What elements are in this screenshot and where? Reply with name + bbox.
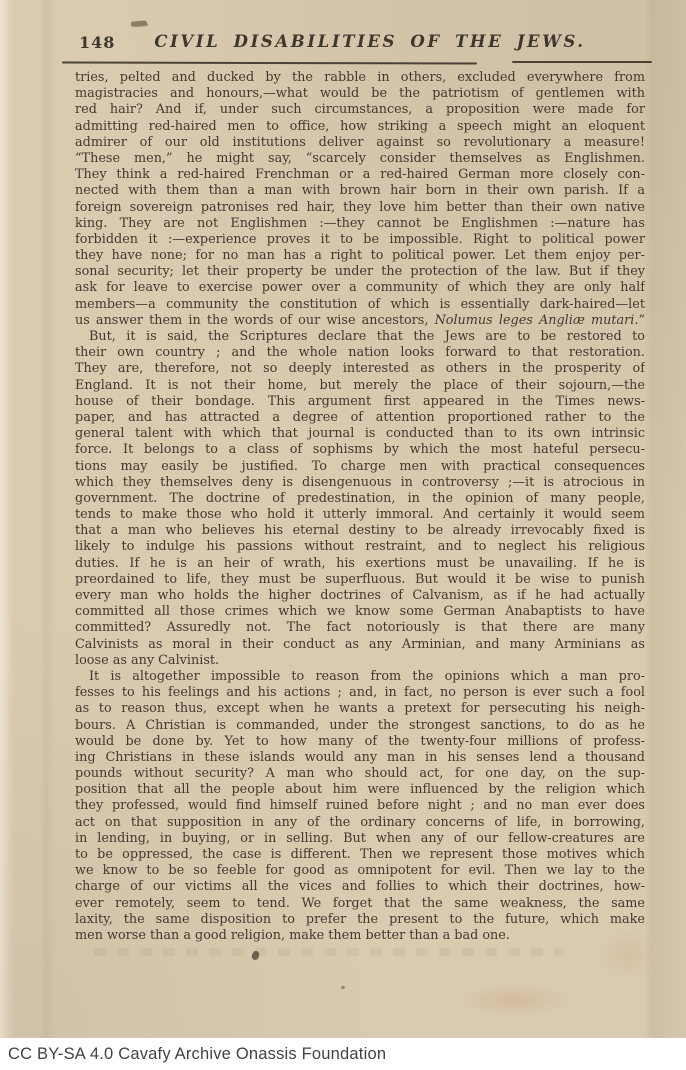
text-line: members—a community the constitution of … [75,297,645,313]
text-line: government. The doctrine of predestinati… [75,491,645,507]
text-line: forbidden it :—experience proves it to b… [75,232,645,248]
text-line: Calvinists as moral in their conduct as … [75,637,645,653]
text-line: paper, and has attracted a degree of att… [75,410,645,426]
text-line: loose as any Calvinist. [75,653,645,669]
text-line: us answer them in the words of our wise … [75,313,645,329]
text-line: fesses to his feelings and his actions ;… [75,685,645,701]
ink-spot [251,950,260,960]
text-line: tions may easily be justified. To charge… [75,459,645,475]
text-line: admirer of our old institutions deliver … [75,135,645,151]
ink-dot [341,986,345,989]
text-line: duties. If he is an heir of wrath, his e… [75,556,645,572]
text-line: red hair? And if, under such circumstanc… [75,102,645,118]
text-line: laxity, the same disposition to prefer t… [75,912,645,928]
text-line: they have none; for no man has a right t… [75,248,645,264]
text-line: men worse than a good religion, make the… [75,928,645,944]
text-line: likely to indulge his passions without r… [75,539,645,555]
text-line: as to reason thus, except when he wants … [75,701,645,717]
text-line: ing Christians in these islands would an… [75,750,645,766]
text-line: sonal security; let their property be un… [75,264,645,280]
text-line: king. They are not Englishmen :—they can… [75,216,645,232]
text-line: They are, therefore, not so deeply inter… [75,361,645,377]
text-line: They think a red-haired Frenchman or a r… [75,167,645,183]
text-line: their own country ; and the whole nation… [75,345,645,361]
text-line: we know to be so feeble for good as omni… [75,863,645,879]
text-line: England. It is not their home, but merel… [75,378,645,394]
text-line: ask for leave to exercise power over a c… [75,280,645,296]
text-line: committed all those crimes which we know… [75,604,645,620]
license-bar: CC BY-SA 4.0 Cavafy Archive Onassis Foun… [0,1038,686,1070]
text-line: every man who holds the higher doctrines… [75,588,645,604]
text-line: foreign sovereign patronises red hair, t… [75,200,645,216]
text-line: house of their bondage. This argument fi… [75,394,645,410]
text-line: charge of our victims all the vices and … [75,879,645,895]
text-line: that a man who believes his eternal dest… [75,523,645,539]
text-line: would be done by. Yet to how many of the… [75,734,645,750]
text-line: “These men,” he might say, “scarcely con… [75,151,645,167]
text-line: ever remotely, seem to tend. We forget t… [75,896,645,912]
text-line: nected with them than a man with brown h… [75,183,645,199]
header-rule-segment [512,61,652,63]
page-showthrough [94,948,564,956]
text-line: But, it is said, the Scriptures declare … [75,329,645,345]
text-line: tries, pelted and ducked by the rabble i… [75,70,645,86]
book-page-scan: 148 CIVIL DISABILITIES OF THE JEWS. trie… [0,0,686,1038]
paper-stain [460,985,570,1015]
header-rule [62,61,477,64]
text-line: force. It belongs to a class of sophisms… [75,442,645,458]
license-text: CC BY-SA 4.0 Cavafy Archive Onassis Foun… [8,1045,386,1064]
text-line: admitting red-haired men to office, how … [75,119,645,135]
page-title: CIVIL DISABILITIES OF THE JEWS. [80,32,660,51]
text-line: preordained to life, they must be superf… [75,572,645,588]
text-line: act on that supposition in any of the or… [75,815,645,831]
text-line: position that all the people about him w… [75,782,645,798]
text-line: magistracies and honours,—what would be … [75,86,645,102]
text-line: which they themselves deny is disengenuo… [75,475,645,491]
text-line: general talent with which that journal i… [75,426,645,442]
ink-smudge [131,20,147,27]
paper-stain [598,930,658,980]
body-text: tries, pelted and ducked by the rabble i… [75,70,645,944]
text-line: to be oppressed, the case is different. … [75,847,645,863]
text-line: in lending, in buying, or in selling. Bu… [75,831,645,847]
text-line: It is altogether impossible to reason fr… [75,669,645,685]
text-line: bours. A Christian is commanded, under t… [75,718,645,734]
text-line: they professed, would find himself ruine… [75,798,645,814]
text-line: committed? Assuredly not. The fact notor… [75,620,645,636]
text-line: pounds without security? A man who shoul… [75,766,645,782]
screenshot: 148 CIVIL DISABILITIES OF THE JEWS. trie… [0,0,686,1070]
text-line: tends to make those who hold it utterly … [75,507,645,523]
